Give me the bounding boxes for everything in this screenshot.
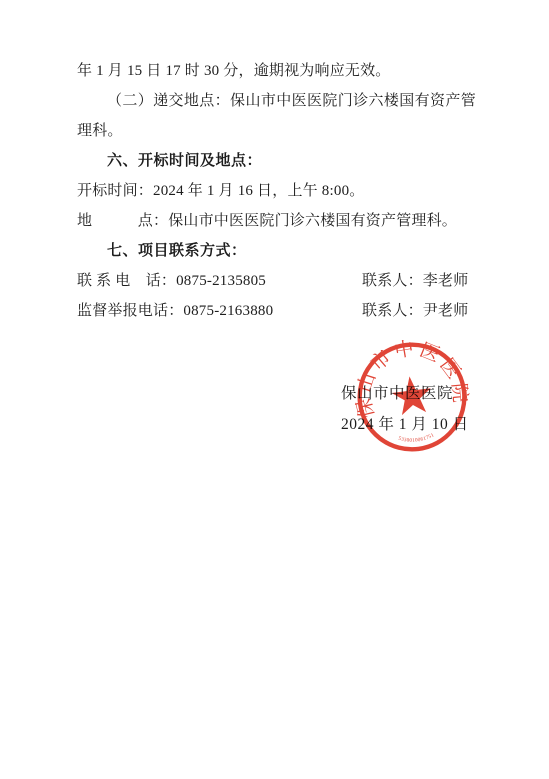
paragraph-deadline-carryover: 年 1 月 15 日 17 时 30 分，逾期视为响应无效。 xyxy=(77,56,476,86)
heading-contact: 七、项目联系方式： xyxy=(77,236,476,266)
contact-phone-label: 联 系 电 话：0875-2135805 xyxy=(77,273,266,289)
contact-row-supervision: 监督举报电话：0875-2163880 联系人：尹老师 xyxy=(77,296,476,326)
document-page: 年 1 月 15 日 17 时 30 分，逾期视为响应无效。 （二）递交地点：保… xyxy=(0,0,549,779)
heading-bid-opening: 六、开标时间及地点： xyxy=(77,146,476,176)
contact-supervision-label: 监督举报电话：0875-2163880 xyxy=(77,303,273,319)
contact-row-phone: 联 系 电 话：0875-2135805 联系人：李老师 xyxy=(77,266,476,296)
contact-person-li: 联系人：李老师 xyxy=(362,266,468,296)
seal-serial-number: 5330010061751 xyxy=(397,431,436,445)
seal-star-icon xyxy=(390,374,434,416)
svg-text:5330010061751: 5330010061751 xyxy=(397,431,436,445)
contact-person-yin: 联系人：尹老师 xyxy=(362,296,468,326)
line-bid-opening-place: 地 点：保山市中医医院门诊六楼国有资产管理科。 xyxy=(77,206,476,236)
official-seal-stamp: 保山市中医医院 5330010061751 xyxy=(338,323,485,470)
line-bid-opening-time: 开标时间：2024 年 1 月 16 日，上午 8:00。 xyxy=(77,176,476,206)
paragraph-submit-location: （二）递交地点：保山市中医医院门诊六楼国有资产管理科。 xyxy=(77,86,476,146)
document-body: 年 1 月 15 日 17 时 30 分，逾期视为响应无效。 （二）递交地点：保… xyxy=(77,56,476,326)
